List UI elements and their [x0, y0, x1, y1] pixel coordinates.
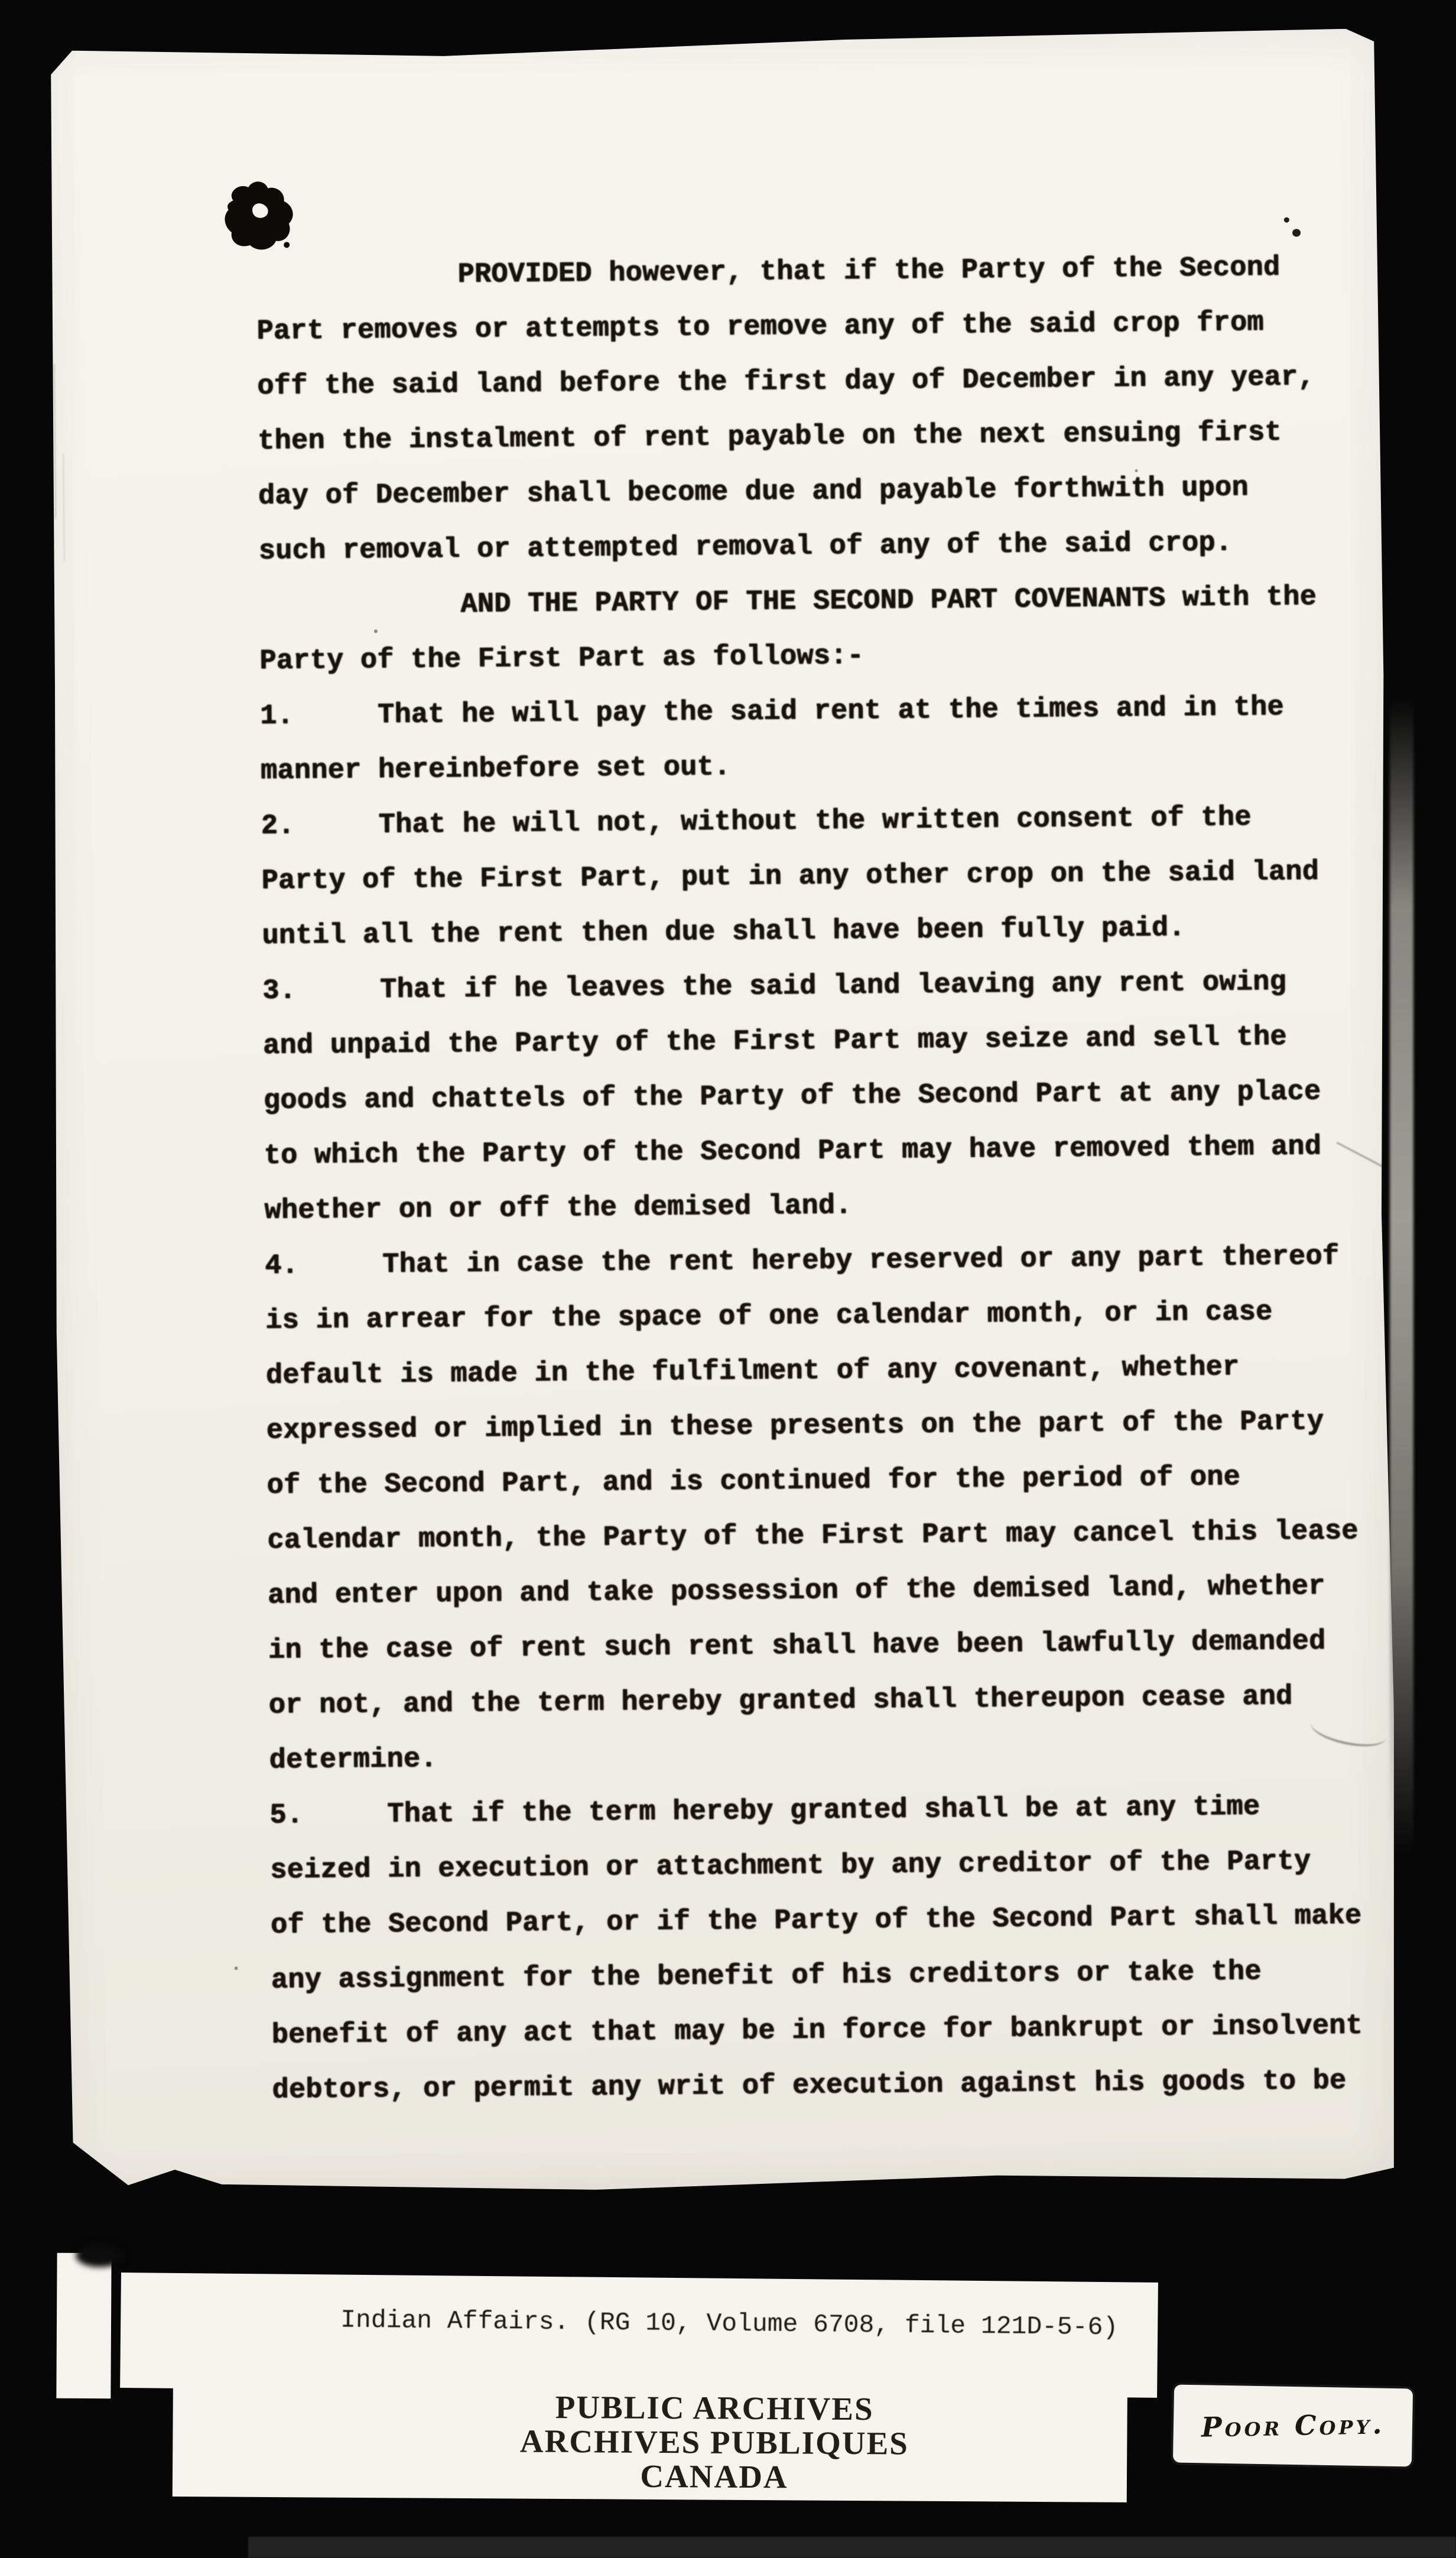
text-line: default is made in the fulfilment of any…	[265, 1339, 1395, 1404]
paper-speck	[1284, 218, 1289, 223]
text-line: of the Second Part, and is continued for…	[266, 1449, 1396, 1514]
paper-crease	[63, 454, 65, 561]
archive-reference-text: Indian Affairs. (RG 10, Volume 6708, fil…	[121, 2273, 1158, 2342]
text-line: day of December shall become due and pay…	[258, 459, 1387, 524]
public-archives-stamp-text: PUBLIC ARCHIVES ARCHIVES PUBLIQUES CANAD…	[173, 2377, 1127, 2497]
text-line: expressed or implied in these presents o…	[266, 1394, 1395, 1459]
text-line: PROVIDED however, that if the Party of t…	[256, 239, 1385, 304]
paper-crease	[54, 364, 56, 519]
paper-speck	[1135, 469, 1138, 472]
text-line: manner hereinbefore set out.	[261, 734, 1390, 799]
text-line: Part removes or attempts to remove any o…	[256, 294, 1386, 359]
text-line: of the Second Part, or if the Party of t…	[271, 1888, 1400, 1953]
public-archives-stamp: PUBLIC ARCHIVES ARCHIVES PUBLIQUES CANAD…	[173, 2377, 1127, 2502]
stamp-line-english: PUBLIC ARCHIVES	[302, 2388, 1127, 2428]
text-line: until all the rent then due shall have b…	[262, 899, 1391, 964]
text-line: Party of the First Part, put in any othe…	[261, 844, 1390, 909]
text-line: AND THE PARTY OF THE SECOND PART COVENAN…	[259, 569, 1388, 634]
text-line: or not, and the term hereby granted shal…	[268, 1668, 1397, 1734]
text-line: goods and chattels of the Party of the S…	[263, 1064, 1392, 1129]
text-line: then the instalment of rent payable on t…	[258, 404, 1387, 469]
text-line: off the said land before the first day o…	[257, 349, 1386, 414]
ink-smudge	[76, 2244, 124, 2267]
text-line: 5. That if the term hereby granted shall…	[269, 1778, 1399, 1843]
text-line: 4. That in case the rent hereby reserved…	[265, 1229, 1394, 1294]
film-edge	[248, 2537, 1456, 2558]
text-line: is in arrear for the space of one calend…	[265, 1284, 1395, 1349]
text-line: 2. That he will not, without the written…	[261, 789, 1390, 854]
text-line: such removal or attempted removal of any…	[258, 514, 1387, 579]
text-line: debtors, or permit any writ of execution…	[272, 2053, 1401, 2118]
poor-copy-text: Poor Copy.	[1201, 2408, 1384, 2443]
stamp-line-canada: CANADA	[301, 2457, 1127, 2497]
text-line: to which the Party of the Second Part ma…	[264, 1119, 1393, 1184]
text-line: calendar month, the Party of the First P…	[267, 1504, 1396, 1569]
text-line: determine.	[269, 1723, 1398, 1788]
microfilm-frame: PROVIDED however, that if the Party of t…	[0, 0, 1456, 2558]
paper-speck	[235, 1966, 238, 1970]
text-line: 3. That if he leaves the said land leavi…	[262, 954, 1392, 1019]
typewritten-text: PROVIDED however, that if the Party of t…	[256, 239, 1401, 2118]
text-line: whether on or off the demised land.	[264, 1174, 1393, 1239]
page-curl-edge	[1390, 697, 1413, 1856]
text-line: benefit of any act that may be in force …	[271, 1998, 1400, 2063]
text-line: any assignment for the benefit of his cr…	[271, 1943, 1400, 2008]
stamp-line-french: ARCHIVES PUBLIQUES	[301, 2423, 1127, 2462]
text-line: 1. That he will pay the said rent at the…	[260, 679, 1389, 744]
poor-copy-note: Poor Copy.	[1171, 2382, 1415, 2469]
text-line: in the case of rent such rent shall have…	[268, 1614, 1397, 1679]
paper-speck	[374, 629, 378, 633]
text-line: Party of the First Part as follows:-	[259, 624, 1389, 689]
paper-speck	[919, 1580, 923, 1583]
text-line: and enter upon and take possession of th…	[268, 1559, 1397, 1624]
text-line: and unpaid the Party of the First Part m…	[263, 1009, 1392, 1074]
text-line: seized in execution or attachment by any…	[270, 1833, 1399, 1898]
label-fragment	[56, 2253, 111, 2398]
document-page: PROVIDED however, that if the Party of t…	[43, 28, 1398, 2195]
paper-speck	[1292, 229, 1301, 236]
